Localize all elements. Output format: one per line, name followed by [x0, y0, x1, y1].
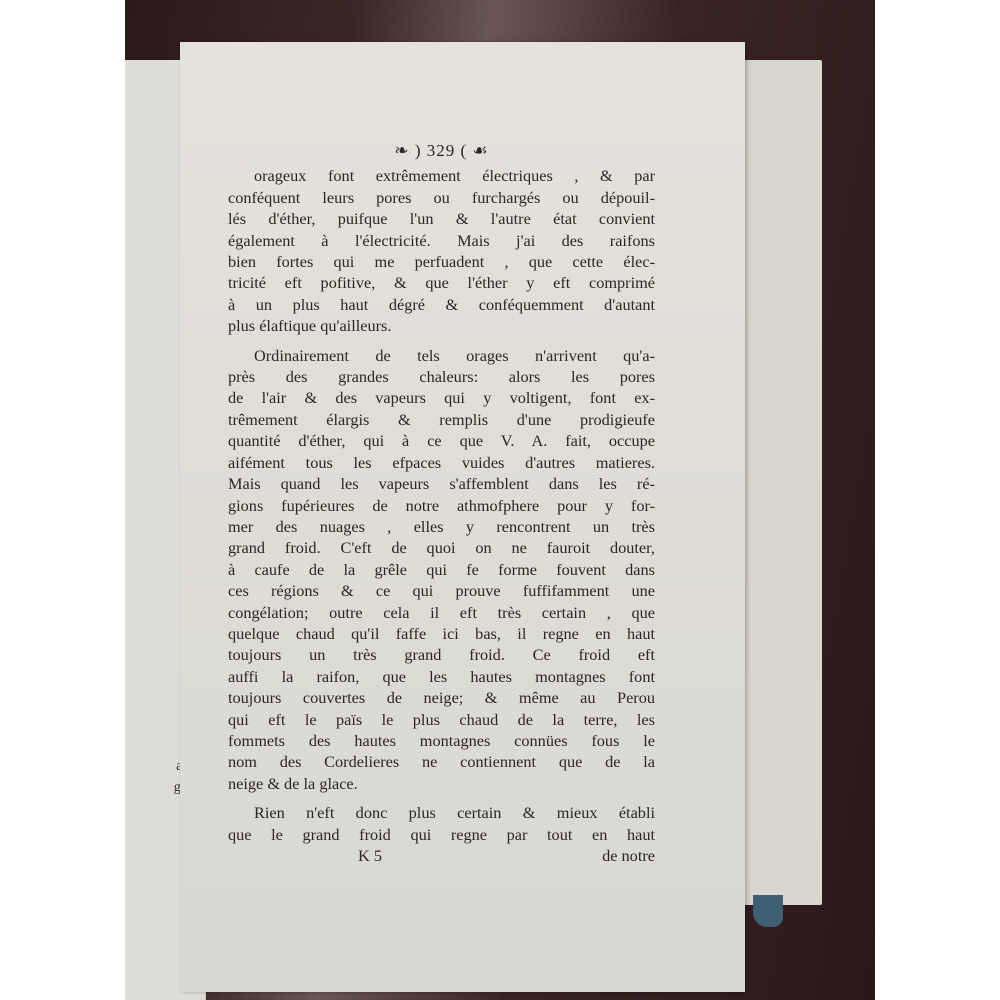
text-line: Ordinairement de tels orages n'arrivent … [228, 345, 655, 366]
text-line: près des grandes chaleurs: alors les por… [228, 366, 655, 387]
paragraph-1: orageux font extrêmement électriques , &… [228, 165, 655, 336]
text-line: à caufe de la grêle qui fe forme fouvent… [228, 559, 655, 580]
text-line: grand froid. C'eft de quoi on ne fauroit… [228, 537, 655, 558]
text-line: également à l'électricité. Mais j'ai des… [228, 230, 655, 251]
text-line: gions fupérieures de notre athmofphere p… [228, 495, 655, 516]
text-line: à un plus haut dégré & conféquemment d'a… [228, 294, 655, 315]
text-line: toujours couvertes de neige; & même au P… [228, 687, 655, 708]
text-line: que le grand froid qui regne par tout en… [228, 824, 655, 845]
text-line: lés d'éther, puifque l'un & l'autre état… [228, 208, 655, 229]
text-line: neige & de la glace. [228, 773, 655, 794]
text-line: ces régions & ce qui prouve fuffifamment… [228, 580, 655, 601]
main-page: ❧ ) 329 ( ☙ orageux font extrêmement éle… [180, 42, 745, 992]
text-line: toujours un très grand froid. Ce froid e… [228, 644, 655, 665]
text-line: quantité d'éther, qui à ce que V. A. fai… [228, 430, 655, 451]
text-line: conféquent leurs pores ou furchargés ou … [228, 187, 655, 208]
text-line: de l'air & des vapeurs qui y voltigent, … [228, 387, 655, 408]
text-line: Mais quand les vapeurs s'affemblent dans… [228, 473, 655, 494]
text-line: mer des nuages , elles y rencontrent un … [228, 516, 655, 537]
book-photograph: .--tcst,rttruerntirnsoiton.ladraparau-er… [125, 0, 875, 1000]
text-line: auffi la raifon, que les hautes montagne… [228, 666, 655, 687]
footer-row: K 5 de notre [228, 845, 655, 866]
page-header: ❧ ) 329 ( ☙ [228, 140, 655, 161]
text-line: aifément tous les efpaces vuides d'autre… [228, 452, 655, 473]
blue-paper-scrap [753, 895, 783, 927]
text-line: bien fortes qui me perfuadent , que cett… [228, 251, 655, 272]
text-line: plus élaftique qu'ailleurs. [228, 315, 655, 336]
text-line: qui eft le païs le plus chaud de la terr… [228, 709, 655, 730]
text-line: fommets des hautes montagnes connües fou… [228, 730, 655, 751]
text-line: quelque chaud qu'il faffe ici bas, il re… [228, 623, 655, 644]
catchword: de notre [602, 845, 655, 866]
paragraph-2: Ordinairement de tels orages n'arrivent … [228, 345, 655, 795]
signature-mark: K 5 [358, 845, 382, 866]
text-line: tricité eft pofitive, & que l'éther y ef… [228, 272, 655, 293]
paragraph-3: Rien n'eft donc plus certain & mieux éta… [228, 802, 655, 845]
page-text: ❧ ) 329 ( ☙ orageux font extrêmement éle… [228, 140, 655, 866]
text-line: orageux font extrêmement électriques , &… [228, 165, 655, 186]
text-line: congélation; outre cela il eft très cert… [228, 602, 655, 623]
text-line: trêmement élargis & remplis d'une prodig… [228, 409, 655, 430]
text-line: nom des Cordelieres ne contiennent que d… [228, 751, 655, 772]
text-line: Rien n'eft donc plus certain & mieux éta… [228, 802, 655, 823]
